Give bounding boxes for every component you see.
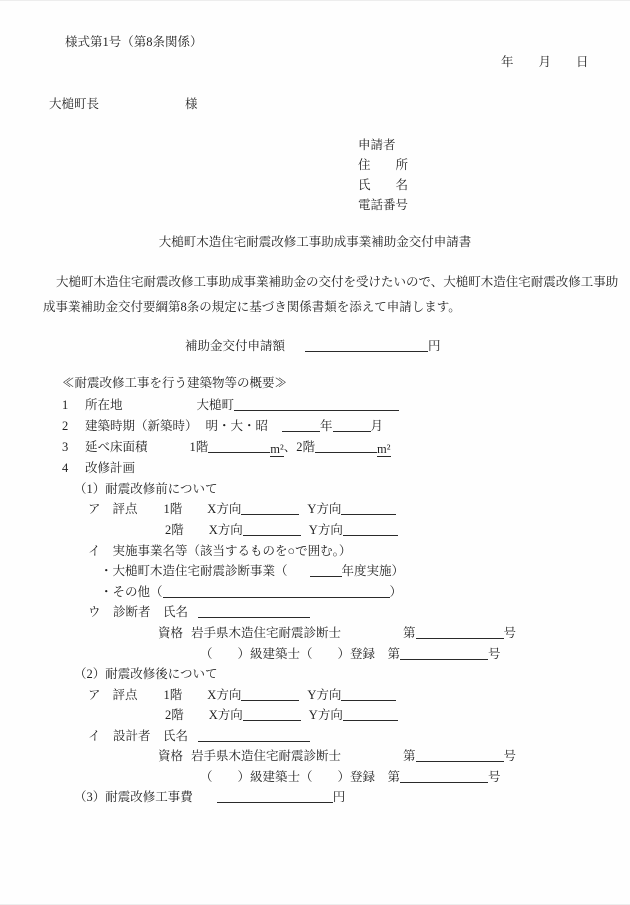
area-floor2-blank — [315, 439, 377, 453]
before-business-line: イ実施事業名等（該当するものを○で囲む。） — [88, 543, 351, 559]
date-line: 年 月 日 — [501, 54, 589, 70]
document-title: 大槌町木造住宅耐震改修工事助成事業補助金交付申請書 — [0, 234, 630, 250]
cert-no-blank — [416, 625, 504, 639]
built-year-blank — [282, 418, 320, 432]
item-number: 2 — [62, 418, 85, 434]
registration-no-suffix: 号 — [488, 770, 501, 784]
registration-no-suffix: 号 — [488, 647, 501, 661]
item-floor-area: 3延べ床面積1階m²、2階m² — [62, 439, 391, 457]
area-floor2-label: 、2階 — [284, 440, 315, 454]
score-x-blank — [243, 707, 301, 721]
after-score-floor1: ア評点1階X方向Y方向 — [88, 687, 396, 703]
score-x-blank — [243, 522, 301, 536]
registration-no-blank — [400, 769, 488, 783]
before-diagnoser-line: ウ 診断者 氏名 — [88, 604, 310, 620]
amount-unit: 円 — [428, 339, 441, 353]
after-score-floor2: 2階X方向Y方向 — [165, 707, 398, 723]
item-location: 1所在地大槌町 — [62, 397, 399, 413]
after-heading: （2）耐震改修後について — [74, 666, 218, 682]
cert-no-suffix: 号 — [504, 749, 517, 763]
applicant-address-label: 住 所 — [358, 157, 408, 173]
before-qualification-line1: 資格岩手県木造住宅耐震診断士第号 — [158, 625, 516, 641]
cert-no-suffix: 号 — [504, 626, 517, 640]
before-heading: （1）耐震改修前について — [74, 481, 218, 497]
amount-line: 補助金交付申請額円 — [185, 338, 441, 354]
score-y-blank — [343, 707, 398, 721]
item-number: 3 — [62, 439, 85, 455]
addressee-line: 大槌町長様 — [49, 96, 198, 112]
cost-blank-field — [217, 789, 333, 803]
before-qualification-line2: （ ）級建築士（ ）登録 第号 — [200, 646, 501, 662]
score-x-label: X方向 — [209, 523, 243, 537]
item-plan: 4改修計画 — [62, 460, 135, 476]
qualification-label: 資格 — [158, 749, 183, 763]
score-y-label: Y方向 — [307, 502, 341, 516]
designer-name-blank — [198, 728, 310, 742]
amount-label: 補助金交付申請額 — [185, 339, 285, 353]
cert-no-prefix: 第 — [403, 626, 416, 640]
area-floor1-blank — [208, 439, 270, 453]
score-x-blank — [241, 687, 299, 701]
location-blank-field — [234, 397, 399, 411]
cert-no-prefix: 第 — [403, 749, 416, 763]
score-floor1: 1階 — [164, 688, 183, 702]
score-x-blank — [241, 501, 299, 515]
registration-no-blank — [400, 646, 488, 660]
location-label: 所在地 — [85, 398, 123, 412]
score-y-blank — [341, 501, 396, 515]
built-month-blank — [333, 418, 371, 432]
architect-class-text: （ ）級建築士（ ）登録 第 — [200, 770, 400, 784]
area-sq-unit: m² — [270, 443, 283, 457]
bullet2-blank — [163, 584, 390, 598]
area-label: 延べ床面積 — [85, 440, 148, 454]
business-label: 実施事業名等（該当するものを○で囲む。） — [113, 544, 352, 558]
score-y-label: Y方向 — [309, 523, 343, 537]
applicant-phone-label: 電話番号 — [358, 197, 408, 213]
score-y-label: Y方向 — [307, 688, 341, 702]
architect-class-text: （ ）級建築士（ ）登録 第 — [200, 647, 400, 661]
after-qualification-line1: 資格岩手県木造住宅耐震診断士第号 — [158, 748, 516, 764]
after-qualification-line2: （ ）級建築士（ ）登録 第号 — [200, 769, 501, 785]
score-y-blank — [343, 522, 398, 536]
before-bullet1: ・大槌町木造住宅耐震診断事業（年度実施） — [100, 563, 404, 579]
score-x-label: X方向 — [209, 708, 243, 722]
bullet2-suffix: ） — [390, 585, 403, 599]
score-y-blank — [341, 687, 396, 701]
score-item-a: ア — [88, 688, 101, 702]
qualification-name: 岩手県木造住宅耐震診断士 — [191, 626, 341, 640]
item-number: 4 — [62, 460, 85, 476]
item-built-date: 2建築時期（新築時）明・大・昭年月 — [62, 418, 383, 434]
before-bullet2: ・その他（） — [100, 584, 402, 600]
bullet1-text: ・大槌町木造住宅耐震診断事業（ — [100, 564, 288, 578]
form-number: 様式第1号（第8条関係） — [65, 34, 203, 50]
score-x-label: X方向 — [207, 688, 241, 702]
bullet1-suffix: 年度実施） — [342, 564, 405, 578]
score-item-a: ア — [88, 502, 101, 516]
area-floor1-label: 1階 — [190, 440, 209, 454]
cost-line: （3）耐震改修工事費円 — [74, 789, 345, 805]
cert-no-blank — [416, 748, 504, 762]
addressee-name: 大槌町長 — [49, 97, 99, 111]
built-era: 明・大・昭 — [206, 419, 269, 433]
area-sq-unit: m² — [377, 443, 390, 457]
score-floor2: 2階 — [165, 523, 184, 537]
item-number: 1 — [62, 397, 85, 413]
diagnoser-name-blank — [198, 604, 310, 618]
diagnoser-labels: ウ 診断者 氏名 — [88, 605, 188, 619]
qualification-label: 資格 — [158, 626, 183, 640]
built-year-label: 年 — [320, 419, 333, 433]
before-score-floor1: ア評点1階X方向Y方向 — [88, 501, 396, 517]
score-label: 評点 — [113, 688, 138, 702]
application-form-page: 様式第1号（第8条関係） 年 月 日 大槌町長様 申請者 住 所 氏 名 電話番… — [0, 0, 630, 905]
after-designer-line: イ 設計者 氏名 — [88, 728, 310, 744]
location-prefix: 大槌町 — [197, 398, 235, 412]
applicant-name-label: 氏 名 — [358, 177, 408, 193]
overview-heading: ≪耐震改修工事を行う建築物等の概要≫ — [62, 375, 287, 391]
cost-heading: （3）耐震改修工事費 — [74, 790, 193, 804]
score-label: 評点 — [113, 502, 138, 516]
cost-unit: 円 — [333, 790, 346, 804]
score-x-label: X方向 — [207, 502, 241, 516]
applicant-heading: 申請者 — [358, 137, 396, 153]
amount-blank-field — [305, 338, 428, 352]
qualification-name: 岩手県木造住宅耐震診断士 — [191, 749, 341, 763]
plan-label: 改修計画 — [85, 461, 135, 475]
score-floor2: 2階 — [165, 708, 184, 722]
built-label: 建築時期（新築時） — [85, 419, 198, 433]
bullet2-text: ・その他（ — [100, 585, 163, 599]
designer-labels: イ 設計者 氏名 — [88, 729, 188, 743]
bullet1-year-blank — [310, 563, 342, 577]
score-y-label: Y方向 — [309, 708, 343, 722]
built-month-label: 月 — [371, 419, 384, 433]
score-floor1: 1階 — [164, 502, 183, 516]
body-paragraph: 大槌町木造住宅耐震改修工事助成事業補助金の交付を受けたいので、大槌町木造住宅耐震… — [43, 270, 621, 319]
before-score-floor2: 2階X方向Y方向 — [165, 522, 398, 538]
addressee-honorific: 様 — [185, 97, 198, 111]
business-item-b: イ — [88, 544, 101, 558]
